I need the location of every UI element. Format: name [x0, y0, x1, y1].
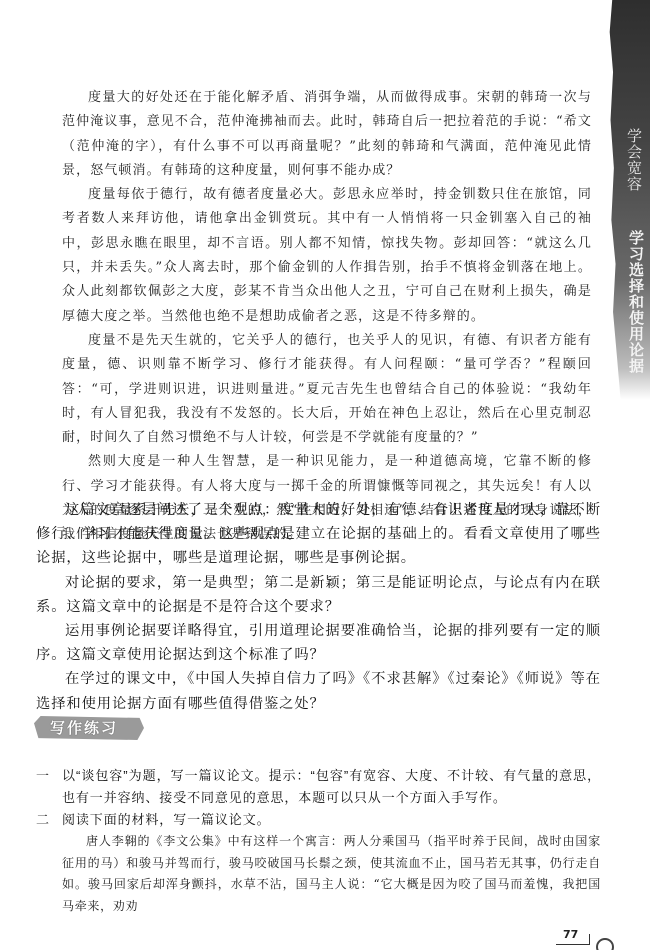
page-number: 77: [563, 928, 578, 941]
exercise-text: 阅读下面的材料，写一篇议论文。: [62, 809, 601, 831]
binding-ring-icon: [596, 938, 614, 950]
discussion-section: 这篇文章逐层阐述了三个观点：度量大的好处，有德、有识者度量才大，靠不断修行、学习…: [36, 498, 601, 716]
section-title: 学习选择和使用论据: [621, 230, 645, 374]
unit-title: 学会宽容: [622, 128, 644, 192]
discussion-paragraph: 对论据的要求，第一是典型；第二是新颖；第三是能证明论点，与论点有内在联系。这篇文…: [36, 571, 601, 619]
essay-paragraph: 度量不是先天生就的，它关乎人的德行，也关乎人的见识，有德、有识者方能有度量，德、…: [62, 329, 592, 450]
textbook-page: 学会宽容 学习选择和使用论据 度量大的好处还在于能化解矛盾、消弭争端，从而做得成…: [0, 0, 650, 950]
discussion-paragraph: 在学过的课文中，《中国人失掉自信力了吗》《不求甚解》《过秦论》《师说》等在选择和…: [36, 667, 601, 715]
exercise-number: 二: [36, 809, 49, 831]
essay-paragraph: 度量大的好处还在于能化解矛盾、消弭争端，从而做得成事。宋朝的韩琦一次与范仲淹议事…: [62, 86, 592, 183]
page-number-divider: [589, 934, 590, 945]
exercise-material: 唐人李翱的《李文公集》中有这样一个寓言：两人分乘国马（指平时养于民间，战时由国家…: [36, 831, 601, 917]
material-paragraph: 唐人李翱的《李文公集》中有这样一个寓言：两人分乘国马（指平时养于民间，战时由国家…: [62, 831, 601, 917]
exercise-number: 一: [36, 765, 49, 787]
page-number-underline: [556, 944, 589, 945]
writing-exercises: 一 以“谈包容”为题，写一篇议论文。提示：“包容”有宽容、大度、不计较、有气量的…: [36, 765, 601, 917]
discussion-paragraph: 这篇文章逐层阐述了三个观点：度量大的好处，有德、有识者度量才大，靠不断修行、学习…: [36, 498, 601, 571]
essay-paragraph: 度量每依于德行，故有德者度量必大。彭思永应举时，持金钏数只住在旅馆，同考者数人来…: [62, 183, 592, 329]
exercise-text: 以“谈包容”为题，写一篇议论文。提示：“包容”有宽容、大度、不计较、有气量的意思…: [62, 765, 601, 809]
sample-essay: 度量大的好处还在于能化解矛盾、消弭争端，从而做得成事。宋朝的韩琦一次与范仲淹议事…: [62, 86, 592, 548]
exercise-item: 一 以“谈包容”为题，写一篇议论文。提示：“包容”有宽容、大度、不计较、有气量的…: [36, 765, 601, 809]
discussion-paragraph: 运用事例论据要详略得宜，引用道理论据要准确恰当，论据的排列要有一定的顺序。这篇文…: [36, 619, 601, 667]
exercise-item: 二 阅读下面的材料，写一篇议论文。: [36, 809, 601, 831]
writing-practice-heading: 写作练习: [50, 716, 118, 740]
